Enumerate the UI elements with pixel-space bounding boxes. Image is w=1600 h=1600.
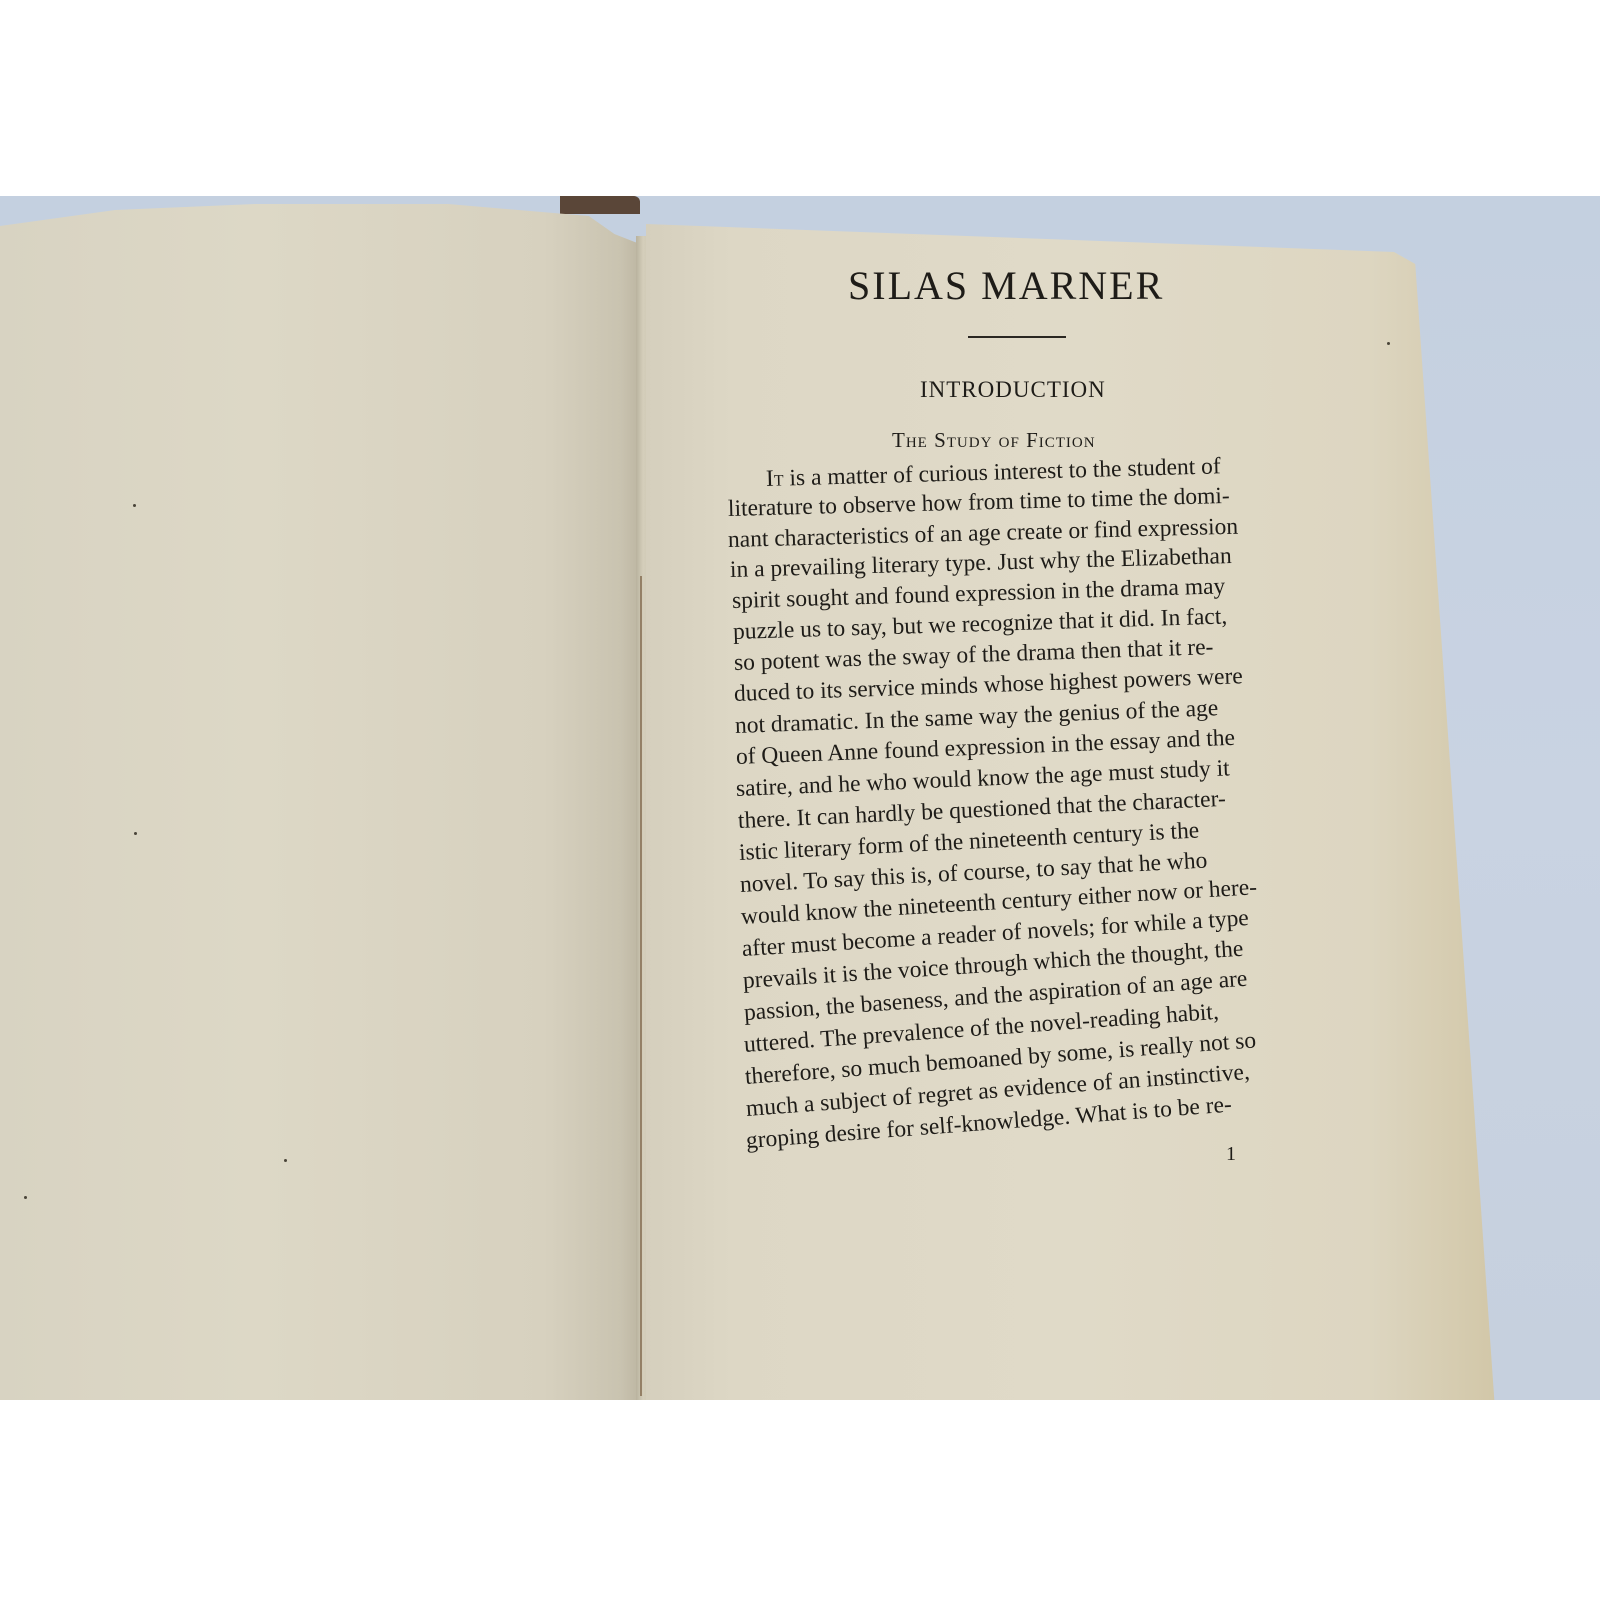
paper-speck — [24, 1196, 27, 1199]
book-title: SILAS MARNER — [848, 262, 1164, 309]
left-page-blank — [0, 204, 640, 1400]
title-rule-divider — [968, 336, 1066, 338]
paper-speck — [284, 1159, 287, 1162]
subsection-heading: The Study of Fiction — [892, 428, 1096, 453]
page-number: 1 — [1226, 1143, 1236, 1166]
paper-speck — [134, 832, 137, 835]
small-caps-lead: It — [766, 466, 784, 492]
paper-speck — [1387, 342, 1390, 345]
book-cover-edge — [560, 196, 640, 214]
binding-thread — [640, 576, 642, 1396]
section-heading: INTRODUCTION — [920, 377, 1106, 403]
paper-speck — [133, 504, 136, 507]
